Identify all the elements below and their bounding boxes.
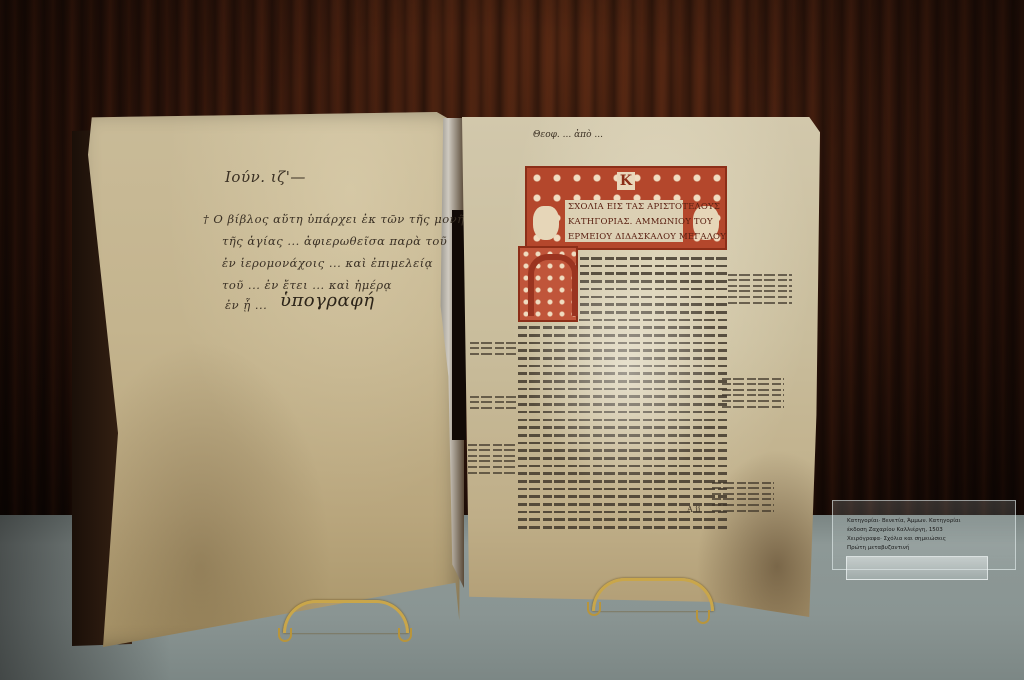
- initial-letter-shape: [528, 254, 578, 316]
- handwritten-line: ἐν ᾗ ...: [225, 298, 267, 312]
- placard-line: Πρώτη μεταβυζαντινή: [847, 544, 961, 553]
- headpiece-letter: Κ: [617, 172, 635, 190]
- marginal-note: [470, 338, 516, 358]
- photo-scene: Ιούν. ιζ'— † Ο βίβλος αὕτη ὑπάρχει ἐκ τῶ…: [0, 0, 1024, 680]
- running-head: Θεοφ. ... ἀπὸ ...: [533, 130, 603, 140]
- handwritten-line: τῆς ἁγίας ... ἀφιερωθεῖσα παρὰ τοῦ: [222, 234, 447, 248]
- title-panel: ΣΧΟΛΙΑ ΕΙΣ ΤΑΣ ΑΡΙΣΤΟΤΕΛΟΥΣ ΚΑΤΗΓΟΡΙΑΣ. …: [565, 200, 683, 242]
- decorative-headpiece: Κ ΣΧΟΛΙΑ ΕΙΣ ΤΑΣ ΑΡΙΣΤΟΤΕΛΟΥΣ ΚΑΤΗΓΟΡΙΑΣ…: [525, 166, 727, 250]
- title-line: ΚΑΤΗΓΟΡΙΑΣ. ΑΜΜΩΝΙΟΥ ΤΟΥ: [565, 215, 683, 230]
- book-spine-gap: [452, 210, 466, 440]
- marginal-note: [468, 440, 516, 477]
- brass-book-stand-right: [592, 578, 714, 611]
- marginal-note: [470, 392, 516, 412]
- handwritten-line: ἐν ἱερομονάχοις ... καὶ ἐπιμελείᾳ: [222, 256, 433, 270]
- brass-book-stand-left: [283, 600, 409, 633]
- left-page: [88, 112, 463, 647]
- placard-text: Κατηγορίαι· Βενετία, Άμμων. Κατηγορίαι έ…: [847, 517, 961, 553]
- stand-foot: [398, 628, 412, 642]
- placard-line: Χειρόγραφα· Σχόλια και σημειώσεις: [847, 535, 961, 544]
- stand-foot: [696, 610, 710, 624]
- signature: ὑπογραφή: [280, 290, 375, 311]
- folio-signature-mark: Α ii: [687, 505, 700, 514]
- decorated-initial: [518, 246, 578, 322]
- title-line: ΕΡΜΕΙΟΥ ΔΙΔΑΣΚΑΛΟΥ ΜΕΓΑΛΟΥ: [565, 230, 683, 245]
- marginal-note: [722, 374, 784, 411]
- handwritten-date: Ιούν. ιζ'—: [225, 168, 306, 186]
- handwritten-line: † Ο βίβλος αὕτη ὑπάρχει ἐκ τῶν τῆς μονῆς: [203, 212, 471, 226]
- placard-line: έκδοση Ζαχαρίου Καλλιέργη, 1503: [847, 526, 961, 535]
- ornament-left: [533, 206, 559, 240]
- stand-foot: [587, 602, 601, 616]
- stand-foot: [278, 628, 292, 642]
- title-line: ΣΧΟΛΙΑ ΕΙΣ ΤΑΣ ΑΡΙΣΤΟΤΕΛΟΥΣ: [565, 200, 683, 215]
- marginal-note: [712, 478, 774, 515]
- placard-acrylic-base: [846, 556, 988, 580]
- placard-line: Κατηγορίαι· Βενετία, Άμμων. Κατηγορίαι: [847, 517, 961, 526]
- marginal-note: [728, 270, 792, 307]
